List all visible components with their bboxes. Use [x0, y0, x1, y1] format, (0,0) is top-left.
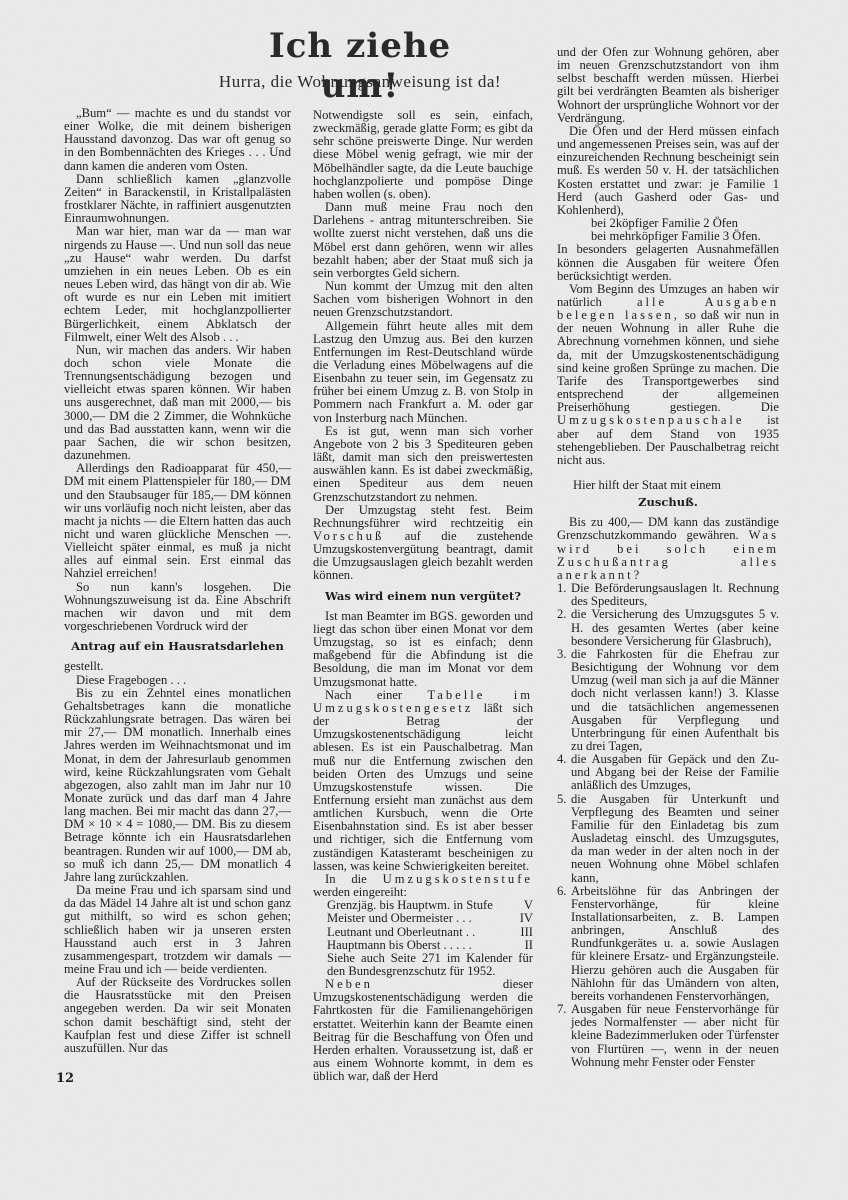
list-item: 7.Ausgaben für neue Fenstervorhänge für …	[557, 1003, 779, 1069]
paragraph: Notwendigste soll es sein, einfach, zwec…	[313, 109, 533, 201]
magazine-page: Ich ziehe um! Hurra, die Wohnungsanweisu…	[0, 0, 848, 1200]
paragraph: Ist man Beamter im BGS. geworden und lie…	[313, 610, 533, 689]
paragraph: Bis zu 400,— DM kann das zuständige Gren…	[557, 516, 779, 582]
page-number: 12	[56, 1071, 74, 1086]
list-text: die Ausgaben für Gepäck und den Zu- und …	[571, 753, 779, 792]
list-item: 5.die Ausgaben für Unterkunft und Verpfl…	[557, 793, 779, 885]
list-item: 3.die Fahrkosten für die Ehefrau zur Bes…	[557, 648, 779, 753]
article-title: Ich ziehe um!	[225, 26, 495, 106]
paragraph: Bis zu ein Zehntel eines monatlichen Geh…	[64, 687, 291, 884]
paragraph: Dann schließlich kamen „glanzvolle Zeite…	[64, 173, 291, 226]
paragraph: Die Öfen und der Herd müssen einfach und…	[557, 125, 779, 217]
paragraph: Dann muß meine Frau noch den Darlehens -…	[313, 201, 533, 280]
text-run: Nach einer	[325, 688, 402, 702]
list-number: 5.	[557, 793, 571, 885]
section-intro: Hier hilft der Staat mit einem	[557, 479, 779, 492]
text-run: so daß wir nun in der neuen Wohnung in a…	[557, 308, 779, 414]
paragraph: In die Umzugskostenstufe werden eingerei…	[313, 873, 533, 899]
paragraph: So nun kann's losgehen. Die Wohnungszuwe…	[64, 581, 291, 634]
list-item: 1.Die Beförderungsauslagen lt. Rechnung …	[557, 582, 779, 608]
list-text: die Versicherung des Umzugsgutes 5 v. H.…	[571, 608, 779, 647]
section-heading-verguetung: Was wird einem nun vergütet?	[313, 590, 533, 603]
rank-level: IV	[520, 912, 533, 925]
paragraph: Es ist gut, wenn man sich vorher Angebot…	[313, 425, 533, 504]
column-3: und der Ofen zur Wohnung gehören, aber i…	[557, 46, 779, 1069]
rank-note: Siehe auch Seite 271 im Kalender für den…	[327, 952, 533, 978]
emphasis-spaced: Neben	[325, 977, 373, 991]
list-item: 6.Arbeitslöhne für das Anbringen der Fen…	[557, 885, 779, 1003]
list-number: 1.	[557, 582, 571, 608]
paragraph: Allerdings den Radioapparat für 450,— DM…	[64, 462, 291, 580]
text-run: läßt sich der Betrag der Umzugskostenent…	[313, 701, 533, 873]
paragraph: gestellt.	[64, 660, 291, 673]
paragraph: und der Ofen zur Wohnung gehören, aber i…	[557, 46, 779, 125]
list-text: Die Beförderungsauslagen lt. Rechnung de…	[571, 582, 779, 608]
paragraph: Neben dieser Umzugskostenentschädigung w…	[313, 978, 533, 1083]
rank-level: III	[520, 926, 533, 939]
list-item: 4.die Ausgaben für Gepäck und den Zu- un…	[557, 753, 779, 792]
article-subtitle: Hurra, die Wohnungsanweisung ist da!	[175, 72, 545, 92]
list-text: Ausgaben für neue Fenstervorhänge für je…	[571, 1003, 779, 1069]
paragraph: In besonders gelagerten Ausnahmefällen k…	[557, 243, 779, 282]
column-2: Notwendigste soll es sein, einfach, zwec…	[313, 109, 533, 1083]
section-heading-hausratsdarlehen: Antrag auf ein Hausratsdarlehen	[64, 640, 291, 653]
paragraph: Der Umzugstag steht fest. Beim Rechnungs…	[313, 504, 533, 583]
paragraph: Nach einer Tabelle im Umzugskostengesetz…	[313, 689, 533, 873]
emphasis-spaced: Vorschuß	[313, 529, 384, 543]
rank-label: Hauptmann bis Oberst . . . . .	[327, 939, 472, 952]
list-number: 7.	[557, 1003, 571, 1069]
list-item: 2.die Versicherung des Umzugsgutes 5 v. …	[557, 608, 779, 647]
text-run: werden eingereiht:	[313, 885, 407, 899]
rank-row: Hauptmann bis Oberst . . . . .II	[327, 939, 533, 952]
list-number: 6.	[557, 885, 571, 1003]
paragraph: Nun, wir machen das anders. Wir haben do…	[64, 344, 291, 462]
paragraph: Diese Fragebogen . . .	[64, 674, 291, 687]
list-text: die Ausgaben für Unterkunft und Verpfleg…	[571, 793, 779, 885]
list-number: 3.	[557, 648, 571, 753]
paragraph: Vom Beginn des Umzuges an haben wir natü…	[557, 283, 779, 467]
list-text: die Fahrkosten für die Ehefrau zur Besic…	[571, 648, 779, 753]
rank-label: Leutnant und Oberleutnant . .	[327, 926, 475, 939]
text-run: In die	[325, 872, 367, 886]
paragraph: Allgemein führt heute alles mit dem Last…	[313, 320, 533, 425]
section-heading-zuschuss: Zuschuß.	[557, 496, 779, 509]
rank-label: Meister und Obermeister . . .	[327, 912, 472, 925]
text-run: Der Umzugstag steht fest. Beim Rechnungs…	[313, 503, 533, 530]
paragraph: „Bum“ — machte es und du standst vor ein…	[64, 107, 291, 173]
text-run: dieser Umzugskostenentschädigung werden …	[313, 977, 533, 1083]
paragraph: Auf der Rückseite des Vordruckes sollen …	[64, 976, 291, 1055]
list-text: Arbeitslöhne für das Anbringen der Fenst…	[571, 885, 779, 1003]
paragraph: Man war hier, man war da — man war nirge…	[64, 225, 291, 343]
emphasis-spaced: Umzugskostenpauschale	[557, 413, 745, 427]
rank-row: Leutnant und Oberleutnant . .III	[327, 926, 533, 939]
text-run: Bis zu 400,— DM kann das zuständige Gren…	[557, 515, 779, 542]
list-number: 4.	[557, 753, 571, 792]
rank-table: Grenzjäg. bis Hauptwm. in StufeV Meister…	[313, 899, 533, 978]
list-number: 2.	[557, 608, 571, 647]
reimbursable-items-list: 1.Die Beförderungsauslagen lt. Rechnung …	[557, 582, 779, 1069]
emphasis-spaced: Umzugskostenstufe	[383, 872, 533, 886]
paragraph: Da meine Frau und ich sparsam sind und d…	[64, 884, 291, 976]
column-1: „Bum“ — machte es und du standst vor ein…	[64, 107, 291, 1055]
paragraph: Nun kommt der Umzug mit den alten Sachen…	[313, 280, 533, 319]
rank-row: Meister und Obermeister . . .IV	[327, 912, 533, 925]
rank-level: II	[525, 939, 533, 952]
